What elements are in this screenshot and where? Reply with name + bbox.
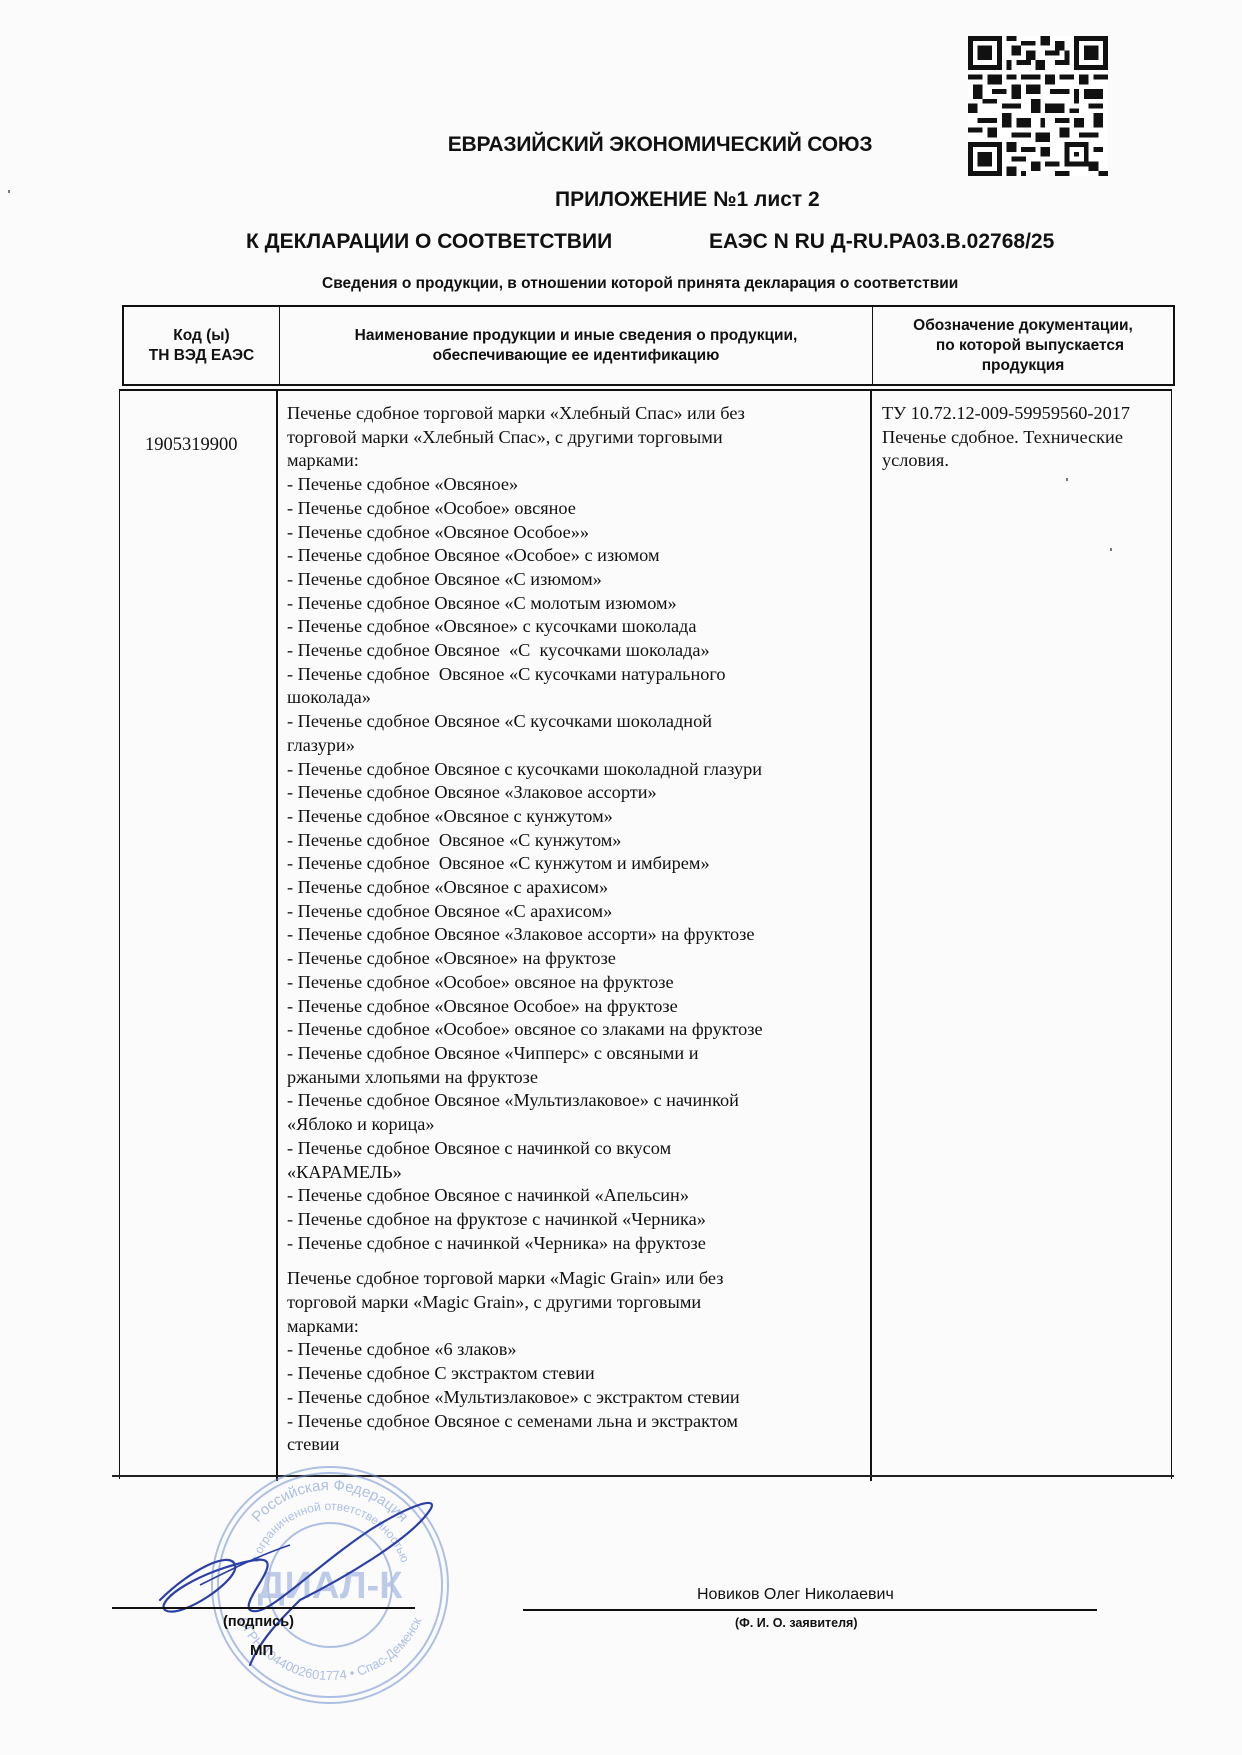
documentation-line: ТУ 10.72.12-009-59959560-2017 xyxy=(882,402,1172,426)
signature-label: (подпись) xyxy=(223,1614,294,1630)
product-line: ржаными хлопьями на фруктозе xyxy=(287,1066,867,1090)
product-line: - Печенье сдобное «Особое» овсяное xyxy=(287,497,867,521)
header-documentation: Обозначение документации,по которой выпу… xyxy=(873,307,1173,384)
documentation-cell: ТУ 10.72.12-009-59959560-2017Печенье сдо… xyxy=(882,402,1172,473)
product-line: - Печенье сдобное Овсяное с семенами льн… xyxy=(287,1410,867,1434)
signature-line xyxy=(112,1607,260,1609)
product-line: марками: xyxy=(287,449,867,473)
product-line: - Печенье сдобное «Овсяное Особое» на фр… xyxy=(287,995,867,1019)
product-line: - Печенье сдобное «6 злаков» xyxy=(287,1338,867,1362)
product-line: - Печенье сдобное «Овсяное» на фруктозе xyxy=(287,947,867,971)
product-line: - Печенье сдобное Овсяное «С молотым изю… xyxy=(287,592,867,616)
scan-speck xyxy=(8,190,10,193)
product-group: Печенье сдобное торговой марки «Magic Gr… xyxy=(287,1267,867,1457)
product-line: Печенье сдобное торговой марки «Magic Gr… xyxy=(287,1267,867,1291)
signature xyxy=(140,1490,480,1670)
table-header: Код (ы)ТН ВЭД ЕАЭС Наименование продукци… xyxy=(122,305,1175,386)
product-line: - Печенье сдобное «Мультизлаковое» с экс… xyxy=(287,1386,867,1410)
product-line: - Печенье сдобное Овсяное «С кусочками ш… xyxy=(287,710,867,734)
header-code: Код (ы)ТН ВЭД ЕАЭС xyxy=(124,307,280,384)
product-line: «Яблоко и корица» xyxy=(287,1113,867,1137)
product-line: марками: xyxy=(287,1315,867,1339)
product-line: - Печенье сдобное «Овсяное с кунжутом» xyxy=(287,805,867,829)
seal-label: МП xyxy=(250,1642,273,1659)
product-list: Печенье сдобное торговой марки «Хлебный … xyxy=(287,402,867,1457)
product-line: «КАРАМЕЛЬ» xyxy=(287,1161,867,1185)
product-line: - Печенье сдобное Овсяное «С арахисом» xyxy=(287,900,867,924)
product-line: - Печенье сдобное Овсяное «Злаковое ассо… xyxy=(287,781,867,805)
column-divider xyxy=(870,391,872,1481)
product-line: - Печенье сдобное Овсяное с кусочками шо… xyxy=(287,758,867,782)
column-divider xyxy=(276,391,278,1481)
header-product-name: Наименование продукции и иные сведения о… xyxy=(280,307,873,384)
product-line: - Печенье сдобное Овсяное «Мультизлаково… xyxy=(287,1089,867,1113)
scan-speck xyxy=(1066,478,1068,481)
product-line: - Печенье сдобное «Овсяное» с кусочками … xyxy=(287,615,867,639)
scan-speck xyxy=(1110,548,1112,551)
product-line: - Печенье сдобное Овсяное «Чипперс» с ов… xyxy=(287,1042,867,1066)
tnved-code: 1905319900 xyxy=(145,435,238,456)
product-line: - Печенье сдобное «Особое» овсяное со зл… xyxy=(287,1018,867,1042)
declaration-number: ЕАЭС N RU Д-RU.PA03.B.02768/25 xyxy=(709,230,1054,254)
documentation-line: условия. xyxy=(882,449,1172,473)
product-line: - Печенье сдобное Овсяное «С кунжутом и … xyxy=(287,852,867,876)
product-line: - Печенье сдобное «Особое» овсяное на фр… xyxy=(287,971,867,995)
applicant-name-label: (Ф. И. О. заявителя) xyxy=(735,1616,858,1630)
product-line: - Печенье сдобное Овсяное с начинкой со … xyxy=(287,1137,867,1161)
signature-line xyxy=(260,1607,415,1609)
table-subtitle: Сведения о продукции, в отношении которо… xyxy=(322,275,958,293)
union-title: ЕВРАЗИЙСКИЙ ЭКОНОМИЧЕСКИЙ СОЮЗ xyxy=(200,133,1100,157)
product-line: - Печенье сдобное с начинкой «Черника» н… xyxy=(287,1232,867,1256)
product-group: Печенье сдобное торговой марки «Хлебный … xyxy=(287,402,867,1255)
product-line: торговой марки «Magic Grain», с другими … xyxy=(287,1291,867,1315)
product-line: - Печенье сдобное Овсяное «Злаковое ассо… xyxy=(287,923,867,947)
product-line: шоколада» xyxy=(287,686,867,710)
product-line: глазури» xyxy=(287,734,867,758)
product-line: - Печенье сдобное «Овсяное Особое»» xyxy=(287,521,867,545)
product-line: Печенье сдобное торговой марки «Хлебный … xyxy=(287,402,867,426)
product-line: - Печенье сдобное «Овсяное» xyxy=(287,473,867,497)
product-line: - Печенье сдобное С экстрактом стевии xyxy=(287,1362,867,1386)
product-line: - Печенье сдобное Овсяное с начинкой «Ап… xyxy=(287,1184,867,1208)
applicant-name-line xyxy=(523,1609,1097,1611)
product-line: - Печенье сдобное «Овсяное с арахисом» xyxy=(287,876,867,900)
product-line: - Печенье сдобное Овсяное «С изюмом» xyxy=(287,568,867,592)
product-line: стевии xyxy=(287,1433,867,1457)
product-line: торговой марки «Хлебный Спас», с другими… xyxy=(287,426,867,450)
product-line: - Печенье сдобное Овсяное «Особое» с изю… xyxy=(287,544,867,568)
documentation-line: Печенье сдобное. Технические xyxy=(882,426,1172,450)
applicant-name: Новиков Олег Николаевич xyxy=(697,1586,894,1604)
declaration-label: К ДЕКЛАРАЦИИ О СООТВЕТСТВИИ xyxy=(246,230,612,254)
product-line: - Печенье сдобное Овсяное «С кусочками ш… xyxy=(287,639,867,663)
product-line: - Печенье сдобное Овсяное «С кунжутом» xyxy=(287,829,867,853)
appendix-title: ПРИЛОЖЕНИЕ №1 лист 2 xyxy=(555,188,820,212)
product-line: - Печенье сдобное на фруктозе с начинкой… xyxy=(287,1208,867,1232)
product-line: - Печенье сдобное Овсяное «С кусочками н… xyxy=(287,663,867,687)
